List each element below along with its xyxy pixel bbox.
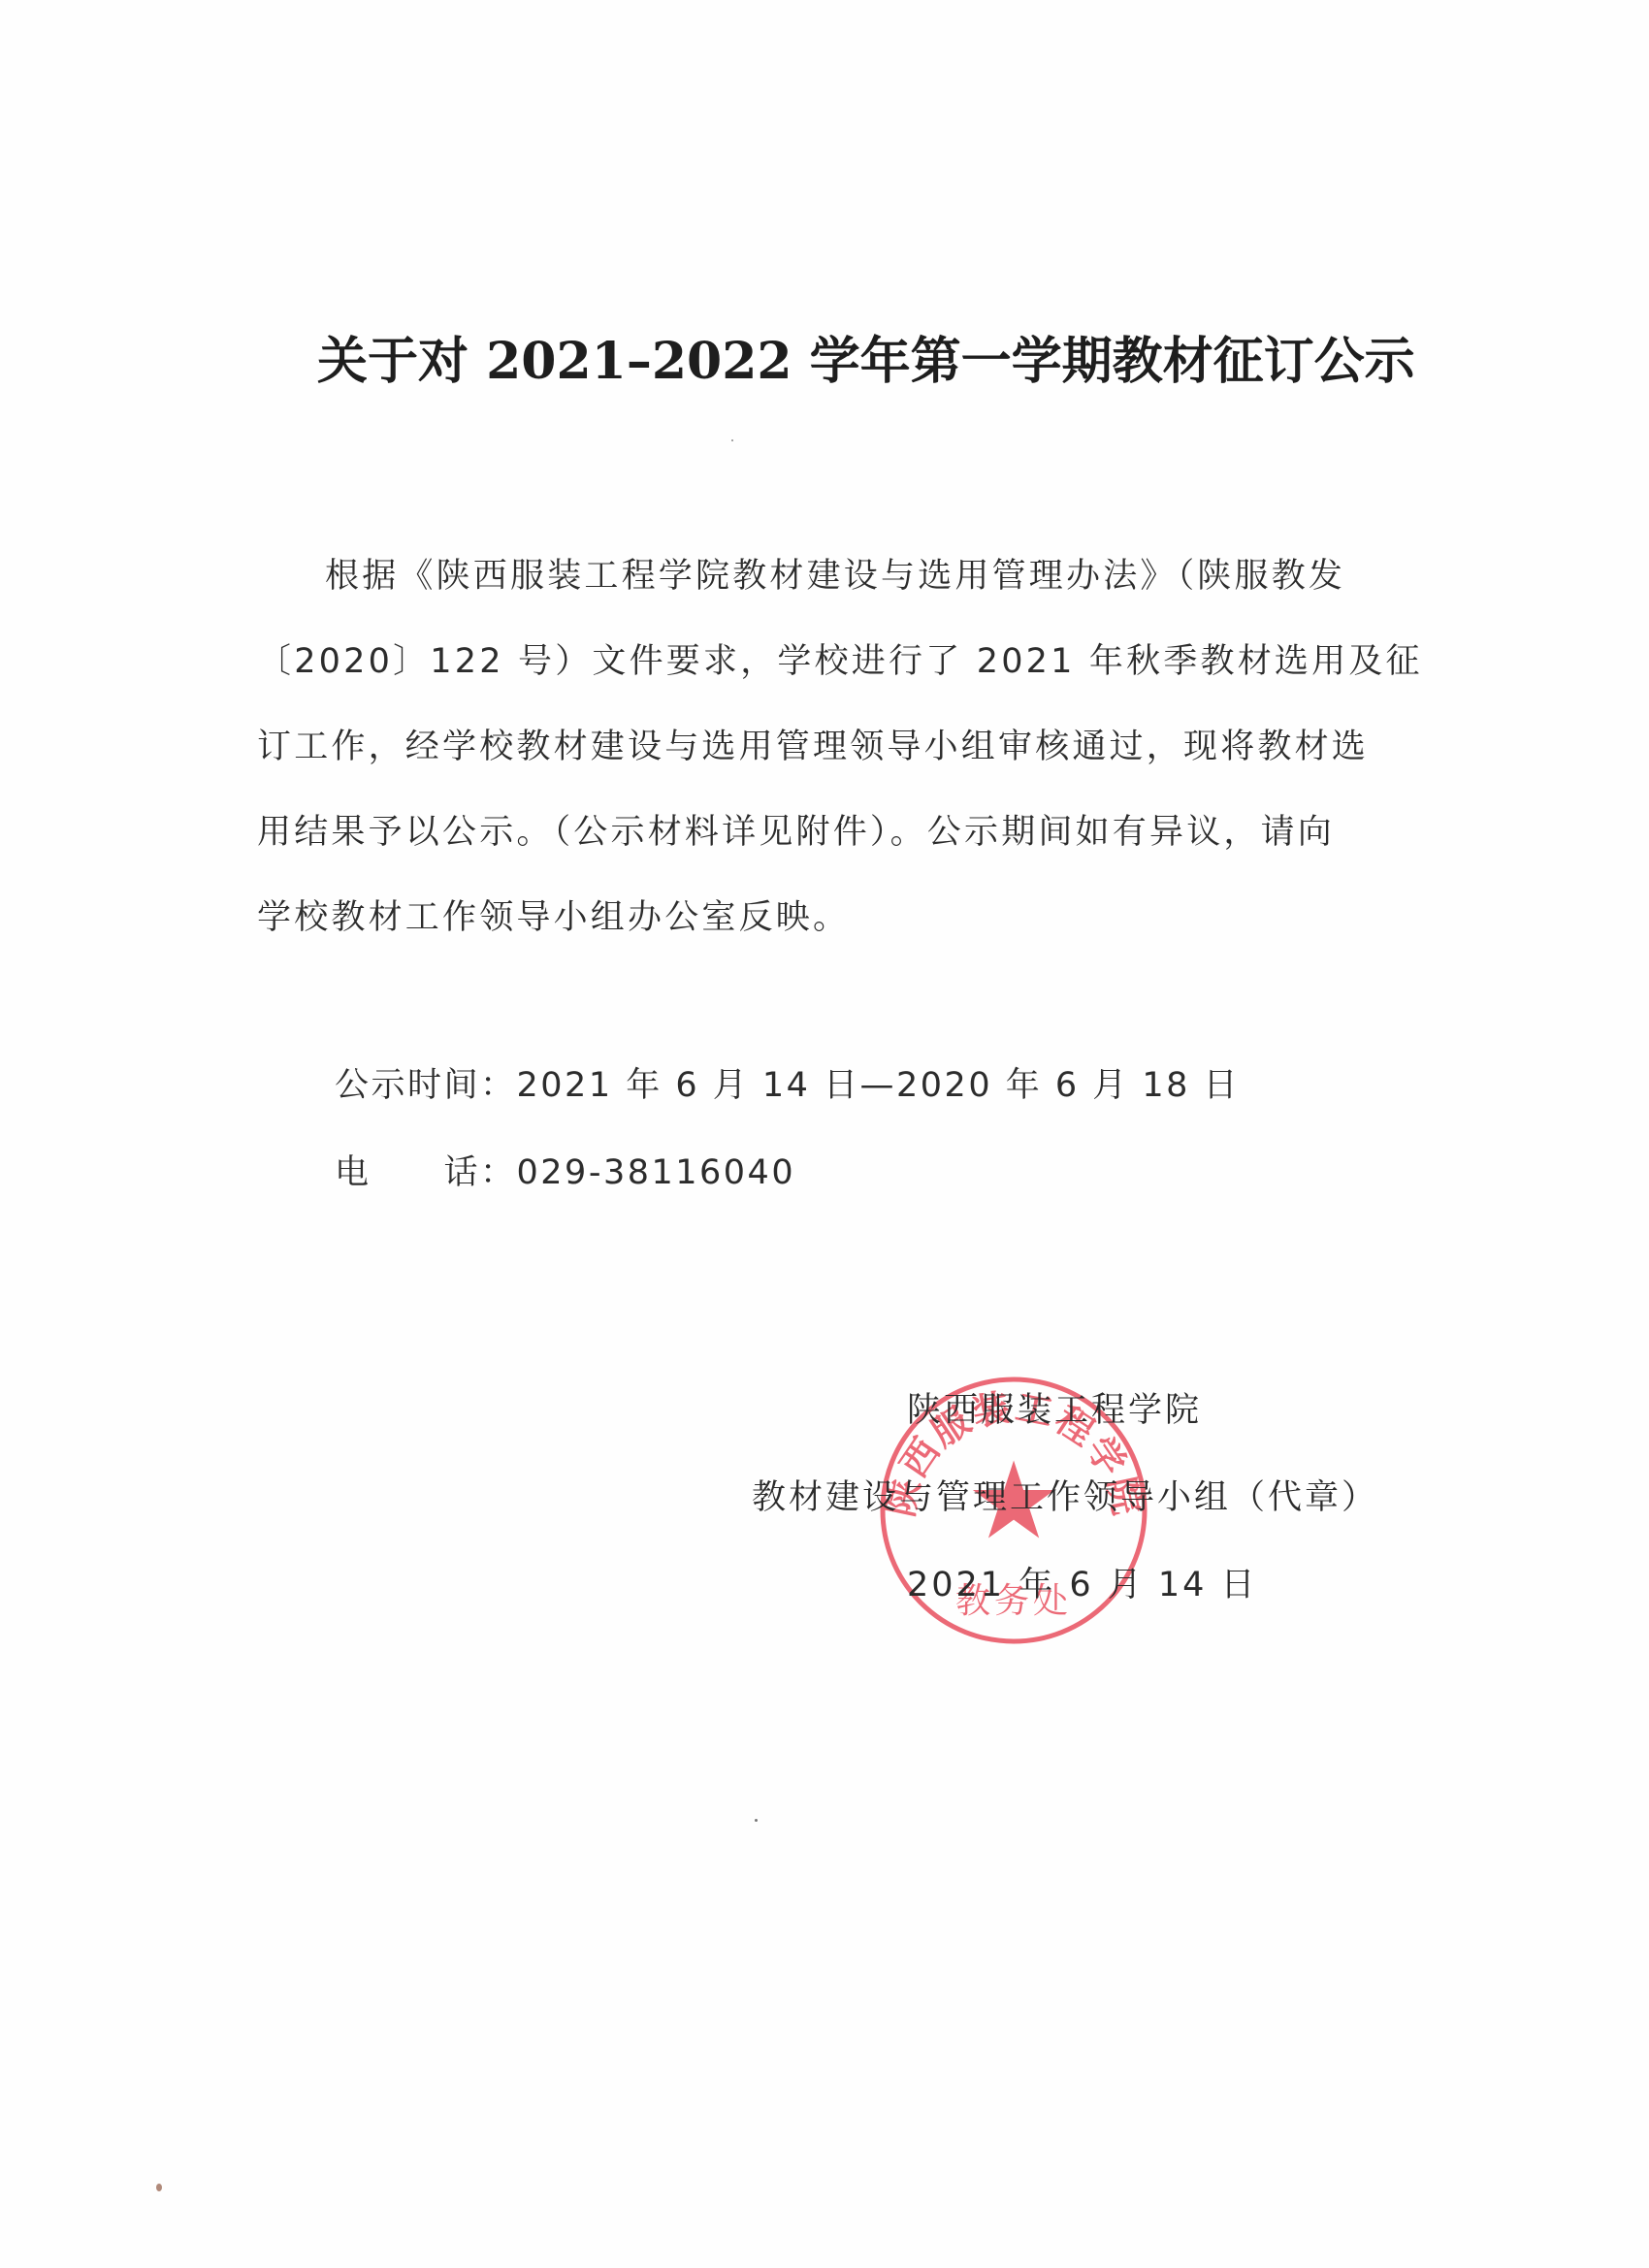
- scan-speck: [731, 439, 733, 441]
- phone-label: 电 话：: [335, 1153, 517, 1192]
- notice-period-label: 公示时间：: [335, 1066, 517, 1105]
- body-paragraph-line-4: 用结果予以公示。（公示材料详见附件）。公示期间如有异议，请向: [257, 811, 1335, 854]
- body-paragraph-line-1: 根据《陕西服装工程学院教材建设与选用管理办法》（陕服教发: [325, 555, 1345, 598]
- document-title: 关于对 2021–2022 学年第一学期教材征订公示: [317, 328, 1297, 396]
- scan-speck: [755, 1819, 758, 1822]
- phone-number: 029-38116040: [517, 1153, 796, 1192]
- body-paragraph-line-3: 订工作，经学校教材建设与选用管理领导小组审核通过，现将教材选: [257, 726, 1369, 768]
- notice-period-value: 2021 年 6 月 14 日—2020 年 6 月 18 日: [517, 1066, 1241, 1105]
- document-page: 关于对 2021–2022 学年第一学期教材征订公示 根据《陕西服装工程学院教材…: [0, 0, 1649, 2268]
- notice-period: 公示时间：2021 年 6 月 14 日—2020 年 6 月 18 日: [335, 1064, 1240, 1107]
- signature-group: 教材建设与管理工作领导小组（代章）: [752, 1476, 1378, 1519]
- signature-institution: 陕西服装工程学院: [907, 1389, 1202, 1432]
- body-paragraph-line-5: 学校教材工作领导小组办公室反映。: [257, 896, 850, 939]
- phone-line: 电 话：029-38116040: [335, 1151, 795, 1194]
- scan-speck: [156, 2184, 162, 2191]
- signature-date: 2021 年 6 月 14 日: [907, 1564, 1258, 1606]
- body-paragraph-line-2: 〔2020〕122 号）文件要求，学校进行了 2021 年秋季教材选用及征: [257, 640, 1423, 683]
